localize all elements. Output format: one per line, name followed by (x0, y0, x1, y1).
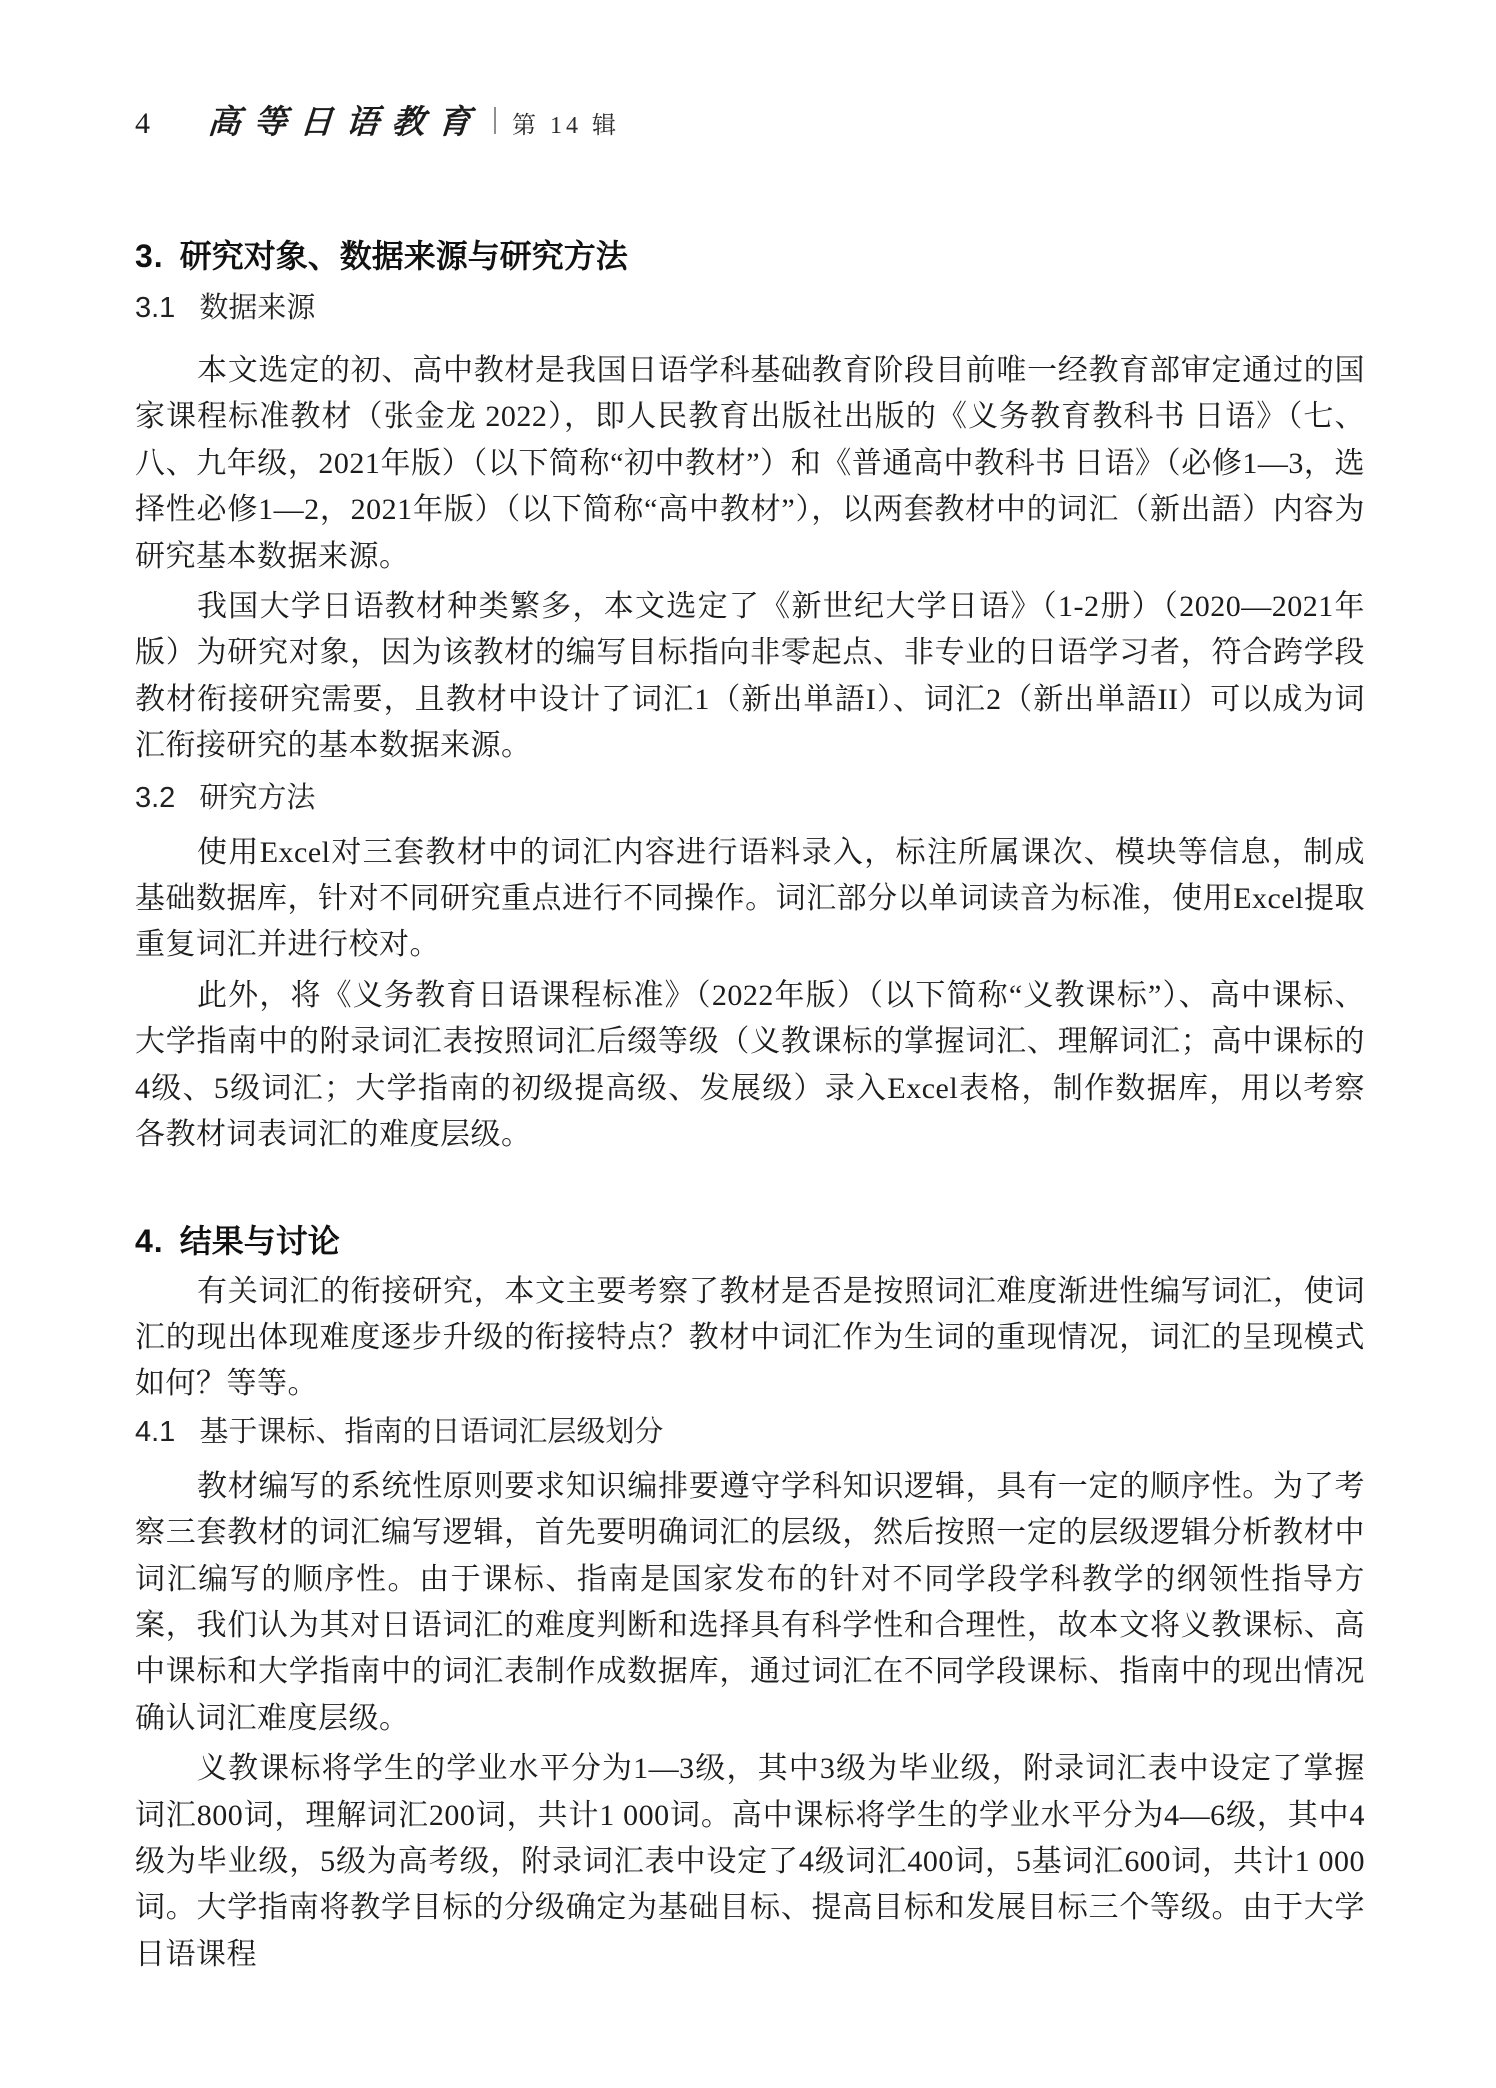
paragraph-results-intro: 有关词汇的衔接研究，本文主要考察了教材是否是按照词汇难度渐进性编写词汇，使词汇的… (135, 1269, 1365, 1408)
section-4-title: 结果与讨论 (180, 1223, 340, 1259)
document-page: 4 高等日语教育 第 14 辑 3.研究对象、数据来源与研究方法 3.1数据来源… (0, 0, 1496, 2088)
paragraph-data-source-2: 我国大学日语教材种类繁多，本文选定了《新世纪大学日语》（1-2册）（2020—2… (135, 584, 1365, 770)
article-body: 3.研究对象、数据来源与研究方法 3.1数据来源 本文选定的初、高中教材是我国日… (135, 0, 1365, 1982)
subsection-3-2-number: 3.2 (135, 782, 175, 814)
subsection-3-2-title: 研究方法 (199, 782, 315, 814)
subsection-3-1-number: 3.1 (135, 292, 175, 324)
paragraph-method-1: 使用Excel对三套教材中的词汇内容进行语料录入，标注所属课次、模块等信息，制成… (135, 830, 1365, 969)
subsection-3-1-heading: 3.1数据来源 (135, 284, 1365, 332)
paragraph-level-division-2: 义教课标将学生的学业水平分为1—3级，其中3级为毕业级，附录词汇表中设定了掌握词… (135, 1746, 1365, 1978)
section-3-title: 研究对象、数据来源与研究方法 (180, 238, 628, 274)
subsection-3-2-heading: 3.2研究方法 (135, 774, 1365, 822)
section-3-heading: 3.研究对象、数据来源与研究方法 (135, 234, 1365, 278)
subsection-4-1-number: 4.1 (135, 1416, 175, 1448)
paragraph-method-2: 此外，将《义务教育日语课程标准》（2022年版）（以下简称“义教课标”）、高中课… (135, 973, 1365, 1159)
section-4-heading: 4.结果与讨论 (135, 1219, 1365, 1263)
paragraph-data-source-1: 本文选定的初、高中教材是我国日语学科基础教育阶段目前唯一经教育部审定通过的国家课… (135, 348, 1365, 580)
subsection-4-1-heading: 4.1基于课标、指南的日语词汇层级划分 (135, 1408, 1365, 1456)
subsection-3-1-title: 数据来源 (199, 292, 315, 324)
section-3-number: 3. (135, 238, 164, 274)
paragraph-level-division-1: 教材编写的系统性原则要求知识编排要遵守学科知识逻辑，具有一定的顺序性。为了考察三… (135, 1464, 1365, 1742)
section-4-number: 4. (135, 1223, 164, 1259)
subsection-4-1-title: 基于课标、指南的日语词汇层级划分 (199, 1416, 663, 1448)
